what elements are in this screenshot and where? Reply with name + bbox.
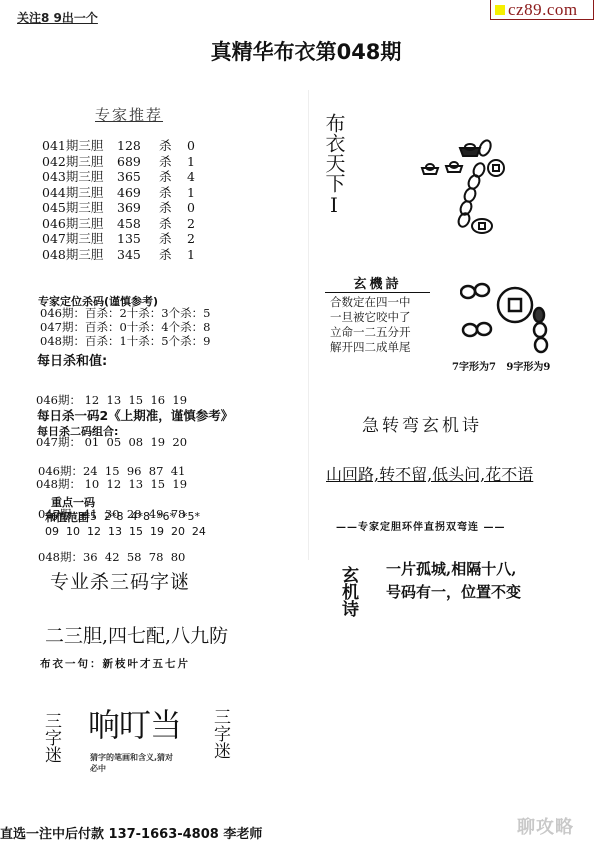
xuan-poem-vertical-title: 玄机诗 <box>333 566 363 617</box>
list-item: 041期三胆128杀0 <box>42 138 195 154</box>
riddle-answer: 二三胆,四七配,八九防 <box>45 621 228 648</box>
poem-lines: 合数定在四一中 一旦被它咬中了 立命一二五分开 解开四二成单尾 <box>330 295 411 355</box>
page-title: 真精华布衣第048期 <box>0 36 594 66</box>
list-item: 047期：百杀：0十杀：4个杀：8 <box>40 320 210 334</box>
list-item: 048期：36 42 58 78 80 <box>38 550 185 564</box>
riddle-title: 专业杀三码字谜 <box>50 567 190 594</box>
poem-line: 一片孤城,相隔十八, <box>386 558 521 581</box>
list-item: 044期三胆469杀1 <box>42 185 195 201</box>
column-divider <box>308 90 309 560</box>
expert-list: 041期三胆128杀0 042期三胆689杀1 043期三胆365杀4 044期… <box>42 138 195 262</box>
list-item: 048期三胆345杀1 <box>42 247 195 263</box>
list-item: 048期：百杀：1十杀：5个杀：9 <box>40 334 210 348</box>
turn-poem: 山回路,转不留,低头问,花不语 <box>326 462 533 485</box>
three-char-riddle-label-right: 三字迷 <box>208 708 233 759</box>
footer-contact: 直选一注中后付款 137-1663-4808 李老师 <box>0 823 262 842</box>
buyi-vertical-title: 布衣天下I <box>322 113 346 217</box>
daily-kill-one: 每日杀一码2《上期准，谨慎参考》 <box>37 406 233 424</box>
poem-line: 解开四二成单尾 <box>330 340 411 355</box>
coins-seven-nine-figure-icon <box>460 280 575 355</box>
poem-line: 合数定在四一中 <box>330 295 411 310</box>
logo-square-icon <box>495 5 505 15</box>
riddle-word: 响叮当 <box>88 700 181 746</box>
xuan-poem-lines: 一片孤城,相隔十八, 号码有一，位置不变 <box>386 558 521 604</box>
sum-range-row: 和值范围 09 10 12 13 15 19 20 24 <box>38 496 206 538</box>
list-item: 046期：百杀：2十杀：3个杀：5 <box>40 306 210 320</box>
list-item: 042期三胆689杀1 <box>42 154 195 170</box>
list-item: 046期： 12 13 15 16 19 <box>36 393 187 407</box>
three-char-riddle-label-left: 三字迷 <box>39 712 64 763</box>
buyi-line: 布衣一句：新枝叶才五七片 <box>40 656 190 671</box>
figure-caption: 7字形为7 9字形为9 <box>452 358 550 373</box>
sum-range-values: 09 10 12 13 15 19 20 24 <box>45 525 206 538</box>
list-item: 046期三胆458杀2 <box>42 216 195 232</box>
poem-line: 立命一二五分开 <box>330 325 411 340</box>
coins-ingots-figure-icon <box>418 138 528 238</box>
watermark: 聊攻略 <box>517 813 574 839</box>
expert-dash-line: ——专家定胆环伴直拐双弯连 —— <box>336 518 505 533</box>
poem-line: 号码有一，位置不变 <box>386 581 521 604</box>
top-note: 关注8 9出一个 <box>17 9 98 26</box>
turn-poem-title: 急转弯玄机诗 <box>362 411 482 436</box>
poem-title: 玄機詩 <box>325 273 430 293</box>
list-item: 047期三胆135杀2 <box>42 231 195 247</box>
expert-section-title: 专家推荐 <box>95 104 163 125</box>
list-item: 045期三胆369杀0 <box>42 200 195 216</box>
riddle-hint: 猜字的笔画和含义,猜对必中 <box>90 752 175 774</box>
sum-range-label: 和值范围 <box>45 511 89 524</box>
list-item: 046期：24 15 96 87 41 <box>38 464 185 478</box>
list-item: 043期三胆365杀4 <box>42 169 195 185</box>
site-logo[interactable]: cz89.com <box>490 0 594 20</box>
position-kill-list: 046期：百杀：2十杀：3个杀：5 047期：百杀：0十杀：4个杀：8 048期… <box>40 306 210 348</box>
poem-line: 一旦被它咬中了 <box>330 310 411 325</box>
logo-text: cz89.com <box>508 0 578 20</box>
